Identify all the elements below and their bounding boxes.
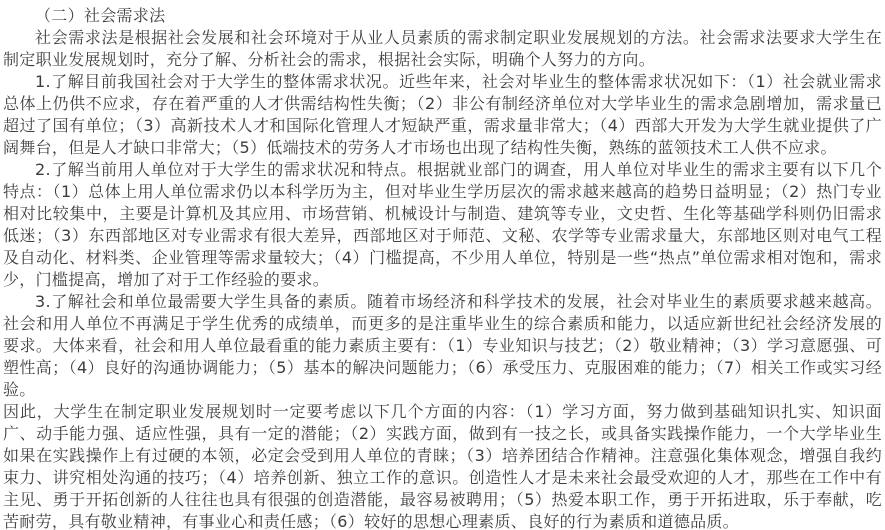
paragraph-intro: 社会需求法是根据社会发展和社会环境对于从业人员素质的需求制定职业发展规划的方法。… <box>3 27 882 71</box>
paragraph-point-1: 1.了解目前我国社会对于大学生的整体需求状况。近些年来，社会对毕业生的整体需求状… <box>3 71 882 159</box>
document-page: （二）社会需求法 社会需求法是根据社会发展和社会环境对于从业人员素质的需求制定职… <box>0 0 885 530</box>
section-heading: （二）社会需求法 <box>3 5 882 27</box>
paragraph-point-2: 2.了解当前用人单位对于大学生的需求状况和特点。根据就业部门的调查，用人单位对毕… <box>3 159 882 291</box>
paragraph-point-3: 3.了解社会和单位最需要大学生具备的素质。随着市场经济和科学技术的发展，社会对毕… <box>3 291 882 401</box>
paragraph-conclusion: 因此，大学生在制定职业发展规划时一定要考虑以下几个方面的内容：（1）学习方面，努… <box>3 401 882 530</box>
